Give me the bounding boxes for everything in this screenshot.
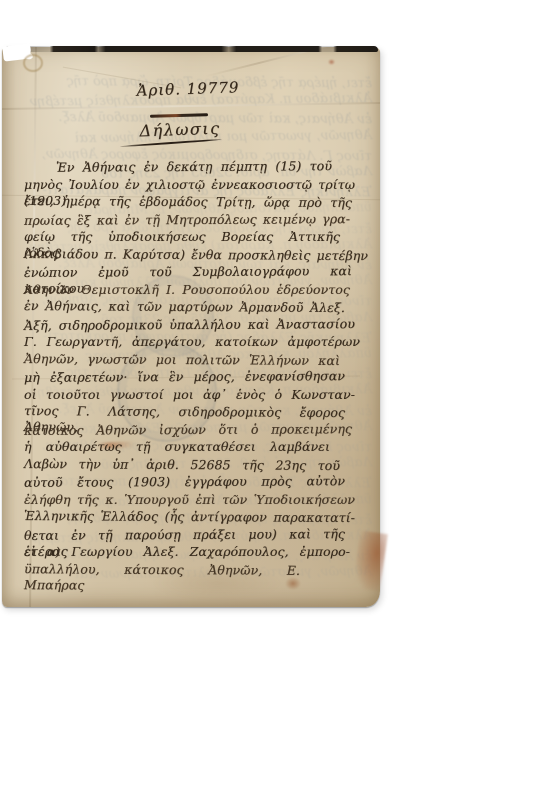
manuscript-line-21: Ἑλληνικῆς Ἑλλάδος (ἧς ἀντίγραφον παρακατ… (24, 508, 355, 526)
manuscript-line-18: Λαβὼν τὴν ὑπ᾽ ἀριθ. 52685 τῆς 23ης τοῦ (24, 456, 340, 474)
manuscript-line-11: Γ. Γεωργαντῆ, ἀπεργάτου, κατοίκων ἀμφοτέ… (24, 334, 360, 350)
manuscript-paper: ἔτει, ἡμέρᾳ τῆς ἑβδομάδος Τρίτῃ, ὥρᾳ πρὸ… (2, 47, 380, 607)
manuscript-line-23: εἰ α) Γεωργίου Ἀλεξ. Ζαχαρόπουλος, ἐμπορ… (24, 544, 350, 560)
manuscript-line-8: Ἀθηνῶν Θεμιστοκλῆ Ι. Ρουσοπούλου ἑδρεύον… (24, 282, 350, 298)
manuscript-line-19: αὐτοῦ ἔτους (1903) ἐγγράφου πρὸς αὐτὸν (24, 473, 345, 491)
handwriting-layer: Ἀριθ. 19779 Δήλωσις Ἐν Ἀθήναις ἐν δεκάτῃ… (2, 47, 380, 607)
document-title: Δήλωσις (128, 118, 233, 141)
torn-dark-top-edge (5, 46, 378, 52)
manuscript-line-20: ἐλήφθη τῆς κ. Ὑπουργοῦ ἐπὶ τῶν Ὑποδιοική… (24, 492, 355, 508)
manuscript-line-14: οἱ τοιοῦτοι γνωστοί μοι ἀφ᾽ ἑνὸς ὁ Κωνστ… (24, 387, 355, 403)
manuscript-line-1: Ἐν Ἀθήναις ἐν δεκάτῃ πέμπτῃ (15) τοῦ (24, 158, 332, 176)
manuscript-line-10: Ἀξῆ, σιδηροδρομικοῦ ὑπαλλήλου καὶ Ἀναστα… (24, 316, 355, 334)
protocol-number: Ἀριθ. 19779 (130, 78, 247, 100)
manuscript-line-24: ϋπαλλήλου, κάτοικος Ἀθηνῶν, Ε. Μπαήρας (24, 561, 300, 595)
manuscript-line-4: πρωίας ἓξ καὶ ἐν τῇ Μητροπόλεως κειμένῳ … (24, 211, 350, 229)
scanned-page-canvas: ἔτει, ἡμέρᾳ τῆς ἑβδομάδος Τρίτῃ, ὥρᾳ πρὸ… (0, 0, 549, 800)
manuscript-line-6: Ἀλκιβιάδου π. Καρύτσα) ἔνθα προσκληθεὶς … (24, 245, 368, 263)
manuscript-line-16: κάτοικος Ἀθηνῶν ἰσχύων ὅτι ὁ προκειμένης (24, 421, 352, 439)
separator-stroke (150, 113, 208, 118)
manuscript-line-17: ἡ αὐθαιρέτως τῇ συγκαταθέσει λαμβάνει (24, 439, 330, 455)
manuscript-line-9: ἐν Ἀθήναις, καὶ τῶν μαρτύρων Ἀρμανδοῦ Ἀλ… (24, 298, 345, 316)
manuscript-line-12: Ἀθηνῶν, γνωστῶν μοι πολιτῶν Ἑλλήνων καὶ (24, 351, 340, 369)
ring-stain (23, 54, 43, 72)
manuscript-line-13: μὴ ἐξαιρετέων· ἵνα ἓν μέρος, ἐνεφανίσθησ… (24, 368, 345, 386)
manuscript-line-3: ἔτει, ἡμέρᾳ τῆς ἑβδομάδος Τρίτῃ, ὥρᾳ πρὸ… (24, 193, 352, 211)
